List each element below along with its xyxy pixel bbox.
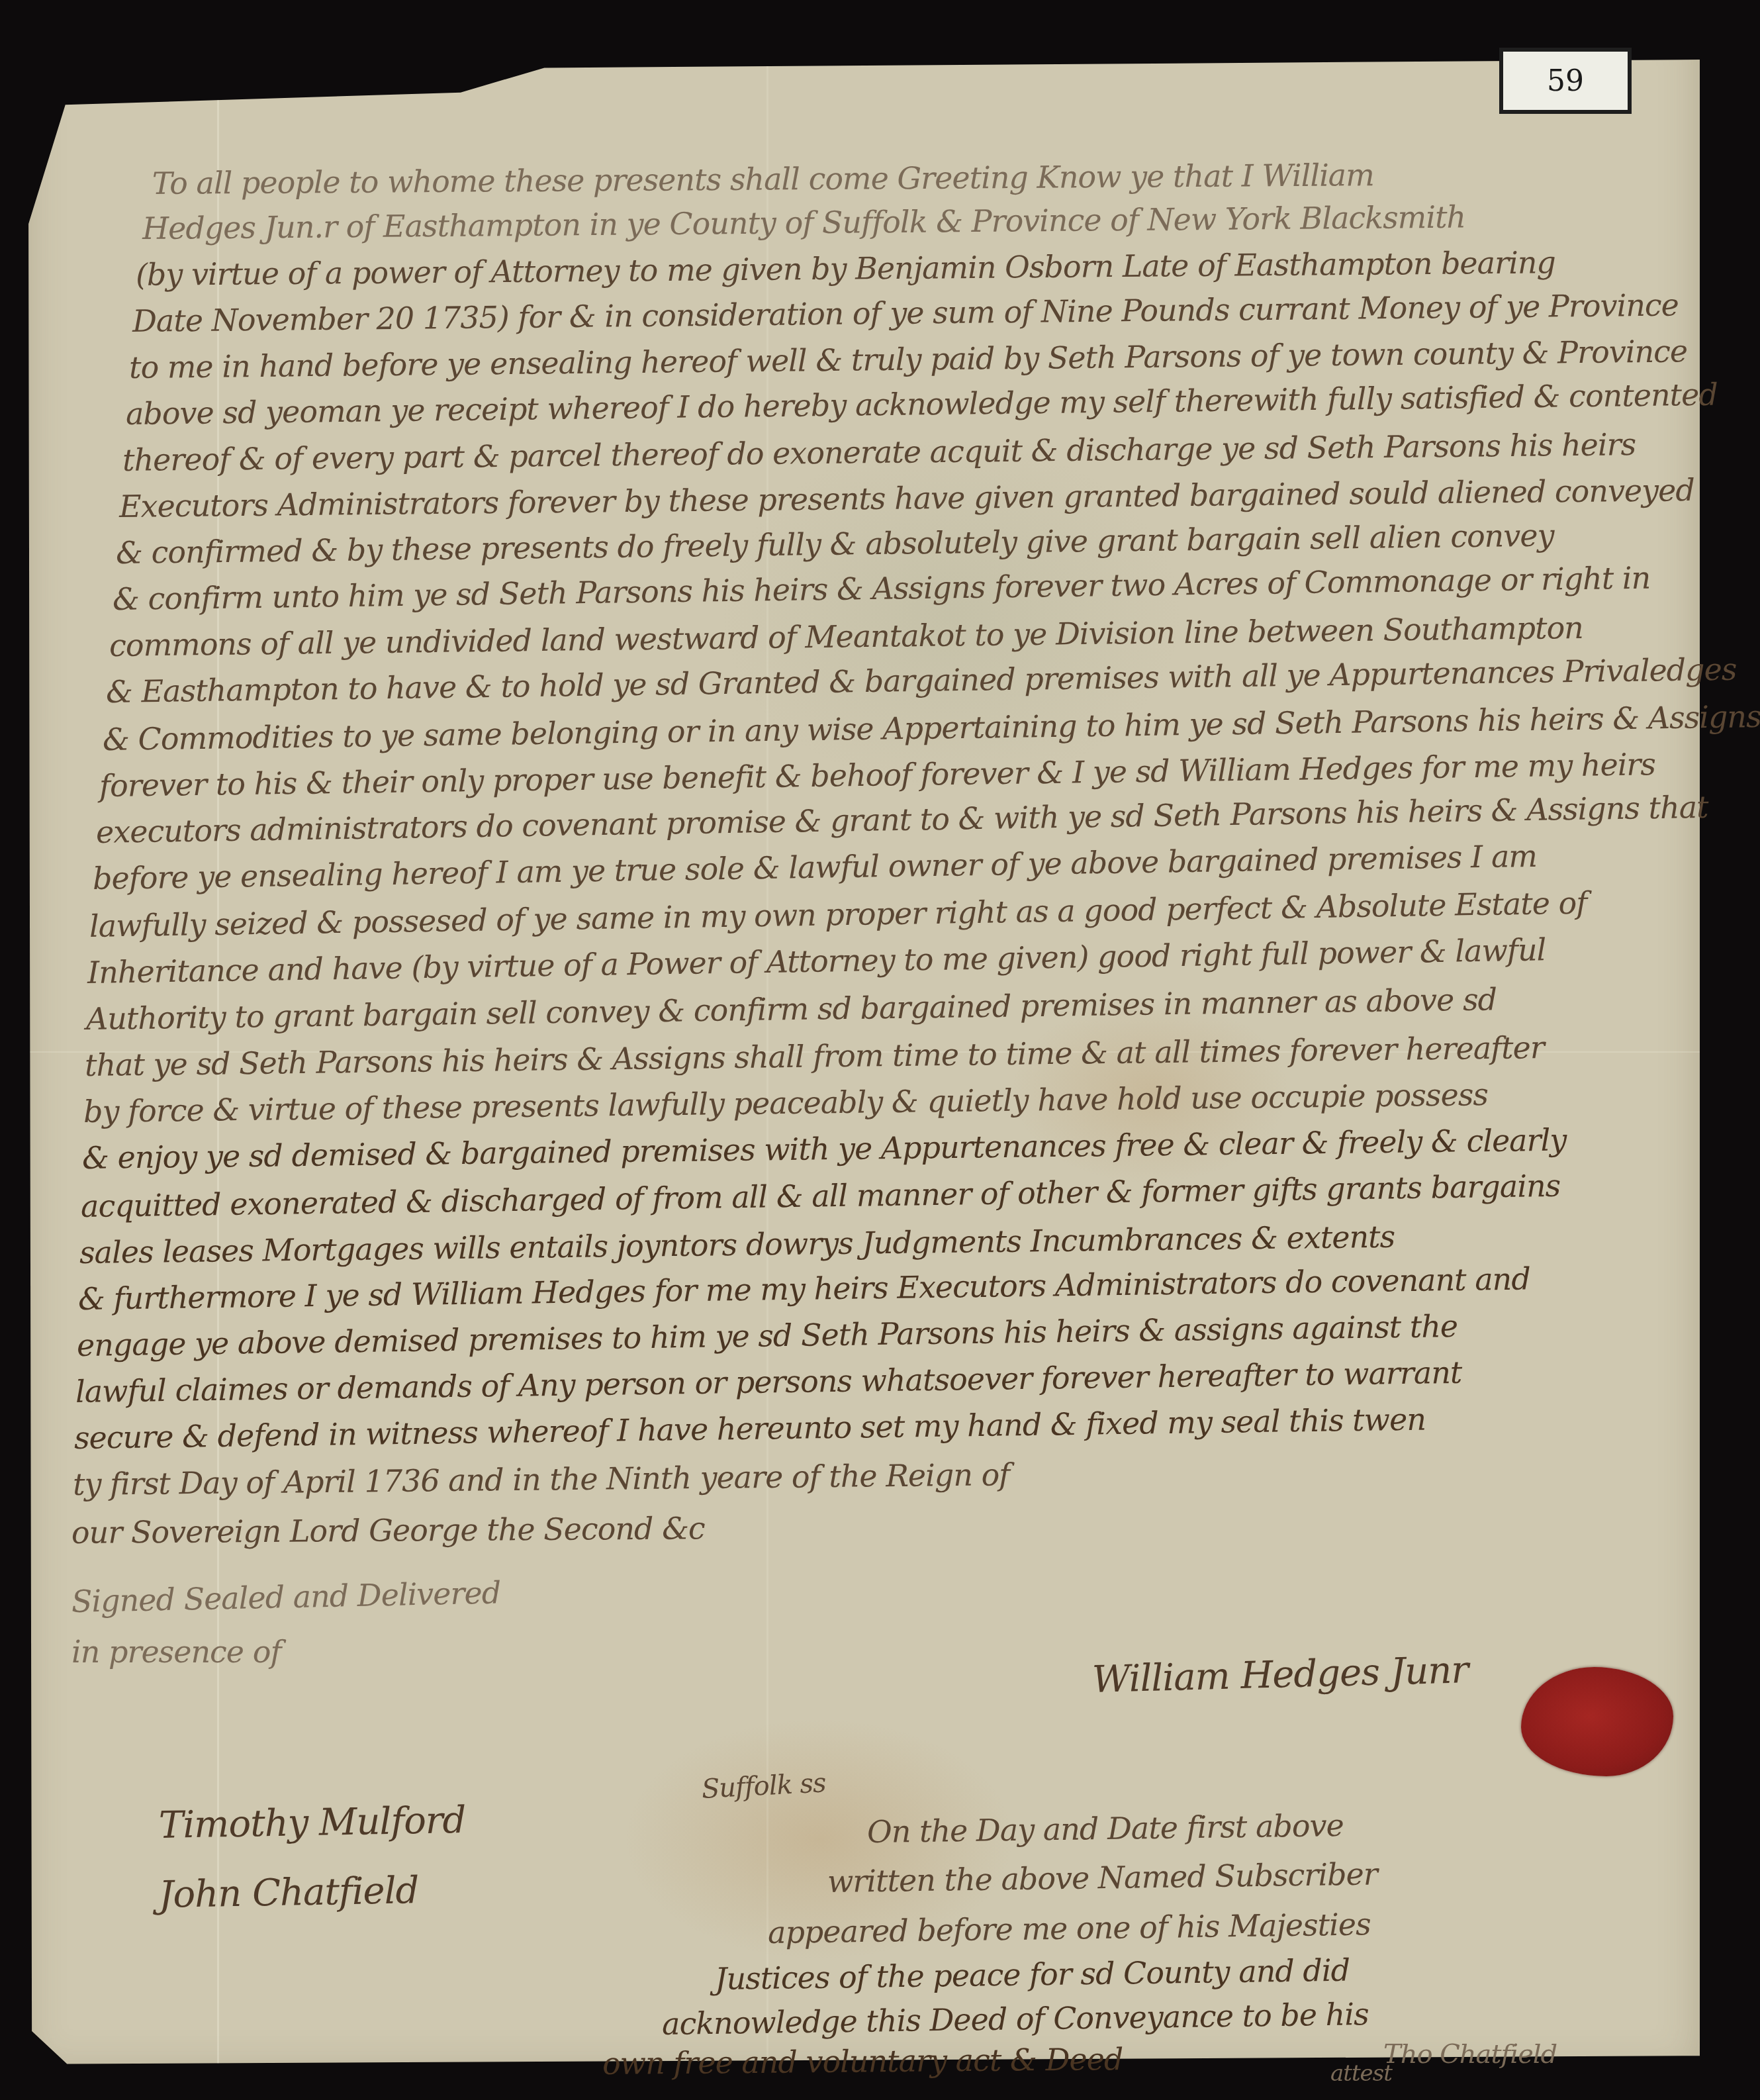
acknowledgment-county: Suffolk ss <box>701 1768 827 1805</box>
justice-signature: Tho Chatfield <box>1383 2039 1557 2070</box>
wax-seal-icon <box>1521 1667 1673 1776</box>
deed-line: our Sovereign Lord George the Second &c <box>71 1510 705 1551</box>
attest-label: attest <box>1330 2060 1392 2087</box>
acknowledgment-line: own free and voluntary act & Deed <box>602 2041 1123 2081</box>
acknowledgment-line: On the Day and Date first above <box>867 1807 1344 1850</box>
page-number-label: 59 <box>1499 48 1632 114</box>
attestation-line-2: in presence of <box>71 1634 281 1670</box>
witness-signature-1: Timothy Mulford <box>158 1799 466 1847</box>
page-number: 59 <box>1547 64 1584 98</box>
witness-signature-2: John Chatfield <box>158 1869 419 1917</box>
